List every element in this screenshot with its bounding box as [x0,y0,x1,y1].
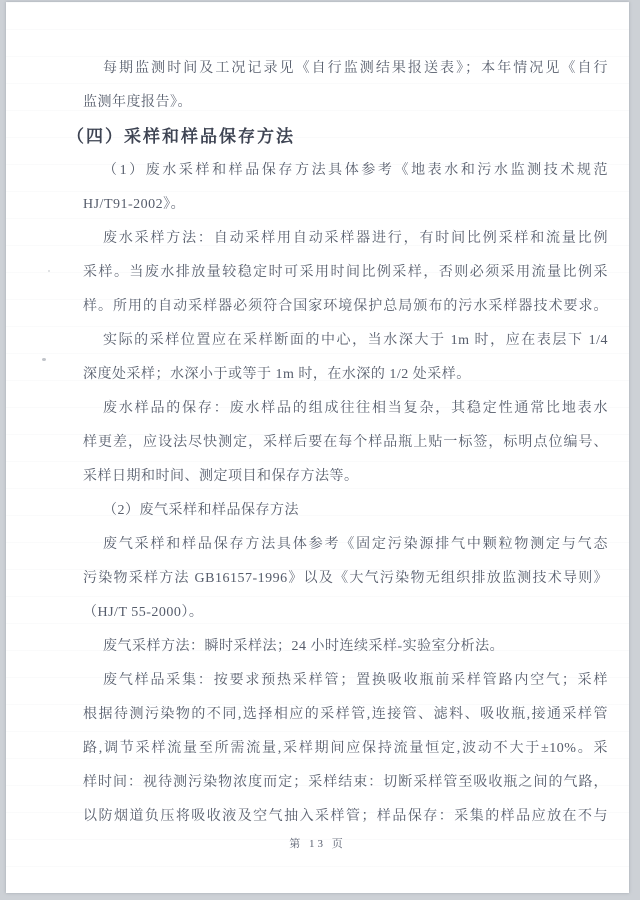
text-line: 废气样品采集：按要求预热采样管；置换吸收瓶前采样管路内空气；采样 [83,664,608,698]
scanned-document-screenshot: { "document": { "lines": [ {"text": "每期监… [0,0,640,900]
text-line: 样更差，应设法尽快测定，采样后要在每个样品瓶上贴一标签，标明点位编号、 [83,426,608,460]
scan-artifact [42,358,46,361]
text-line: 废气采样方法：瞬时采样法；24 小时连续采样-实验室分析法。 [83,630,608,664]
text-line: （2）废气采样和样品保存方法 [83,494,608,528]
text-line: 采样日期和时间、测定项目和保存方法等。 [83,460,608,494]
page-number: 第 13 页 [6,837,629,851]
text-line: 采样。当废水排放量较稳定时可采用时间比例采样，否则必须采用流量比例采 [83,256,608,290]
scan-artifact [48,270,50,272]
text-line: 根据待测污染物的不同,选择相应的采样管,连接管、滤料、吸收瓶,接通采样管 [83,698,608,732]
text-line: 深度处采样；水深小于或等于 1m 时，在水深的 1/2 处采样。 [83,358,608,392]
text-line: （HJ/T 55-2000）。 [83,596,608,630]
text-line: HJ/T91-2002》。 [83,188,608,222]
text-line: 每期监测时间及工况记录见《自行监测结果报送表》；本年情况见《自行 [83,52,608,86]
text-line: 样时间：视待测污染物浓度而定；采样结束：切断采样管至吸收瓶之间的气路， [83,766,608,800]
text-line: 废水采样方法：自动采样用自动采样器进行，有时间比例采样和流量比例 [83,222,608,256]
text-line: 废水样品的保存：废水样品的组成往往相当复杂，其稳定性通常比地表水 [83,392,608,426]
text-line: （1）废水采样和样品保存方法具体参考《地表水和污水监测技术规范 [83,154,608,188]
text-line: 污染物采样方法 GB16157-1996》以及《大气污染物无组织排放监测技术导则… [83,562,608,596]
section-heading: （四）采样和样品保存方法 [67,120,608,154]
text-line: 路,调节采样流量至所需流量,采样期间应保持流量恒定,波动不大于±10%。采 [83,732,608,766]
text-line: 监测年度报告》。 [83,86,608,120]
document-page: 每期监测时间及工况记录见《自行监测结果报送表》；本年情况见《自行监测年度报告》。… [6,2,629,893]
text-line: 实际的采样位置应在采样断面的中心，当水深大于 1m 时，应在表层下 1/4 [83,324,608,358]
text-line: 样。所用的自动采样器必须符合国家环境保护总局颁布的污水采样器技术要求。 [83,290,608,324]
document-body: 每期监测时间及工况记录见《自行监测结果报送表》；本年情况见《自行监测年度报告》。… [83,52,608,834]
text-line: 以防烟道负压将吸收液及空气抽入采样管；样品保存：采集的样品应放在不与 [83,800,608,834]
text-line: 废气采样和样品保存方法具体参考《固定污染源排气中颗粒物测定与气态 [83,528,608,562]
